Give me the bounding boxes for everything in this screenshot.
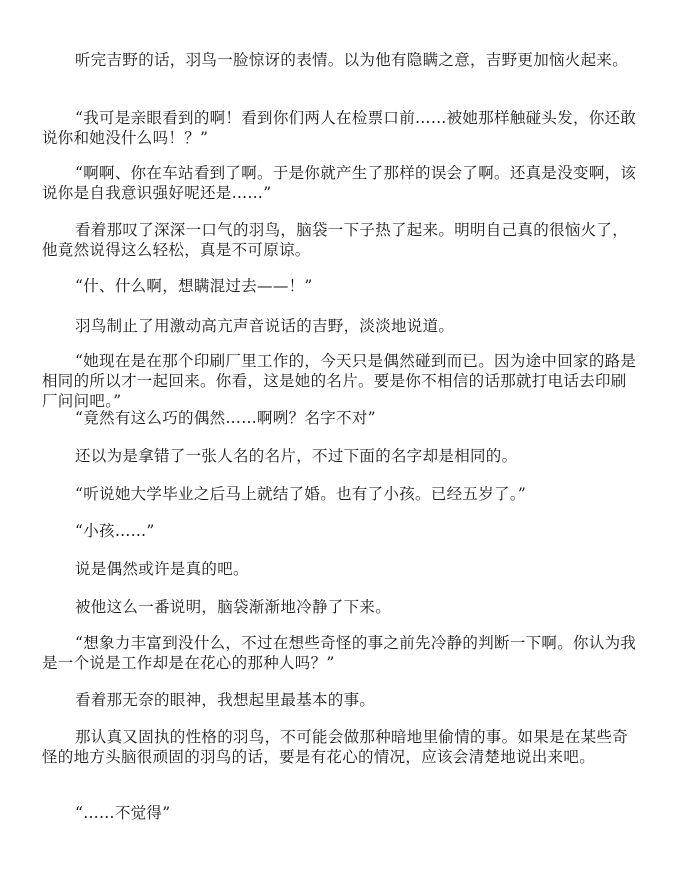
- paragraph: “……不觉得”: [42, 803, 640, 823]
- paragraph: 说是偶然或许是真的吧。: [42, 559, 640, 579]
- paragraph: “我可是亲眼看到的啊！看到你们两人在检票口前……被她那样触碰头发，你还敢说你和她…: [42, 108, 640, 148]
- paragraph: 看着那无奈的眼神，我想起里最基本的事。: [42, 690, 640, 710]
- paragraph: “听说她大学毕业之后马上就结了婚。也有了小孩。已经五岁了。”: [42, 484, 640, 504]
- paragraph: 看着那叹了深深一口气的羽鸟，脑袋一下子热了起来。明明自己真的很恼火了，他竟然说得…: [42, 220, 640, 260]
- paragraph: 那认真又固执的性格的羽鸟，不可能会做那种暗地里偷情的事。如果是在某些奇怪的地方头…: [42, 727, 640, 767]
- paragraph: 被他这么一番说明，脑袋渐渐地冷静了下来。: [42, 597, 640, 617]
- paragraph: 羽鸟制止了用激动高亢声音说话的吉野，淡淡地说道。: [42, 316, 640, 336]
- paragraph: “什、什么啊，想瞒混过去——！”: [42, 276, 640, 296]
- paragraph: “小孩……”: [42, 521, 640, 541]
- paragraph: 听完吉野的话，羽鸟一脸惊讶的表情。以为他有隐瞒之意，吉野更加恼火起来。: [42, 50, 640, 70]
- paragraph: “她现在是在那个印刷厂里工作的，今天只是偶然碰到而已。因为途中回家的路是相同的所…: [42, 351, 640, 411]
- paragraph: “想象力丰富到没什么，不过在想些奇怪的事之前先冷静的判断一下啊。你认为我是一个说…: [42, 633, 640, 673]
- document-page: 听完吉野的话，羽鸟一脸惊讶的表情。以为他有隐瞒之意，吉野更加恼火起来。 “我可是…: [0, 0, 680, 880]
- paragraph: 还以为是拿错了一张人名的名片，不过下面的名字却是相同的。: [42, 446, 640, 466]
- paragraph: “竟然有这么巧的偶然……啊咧？名字不对”: [42, 408, 640, 428]
- paragraph: “啊啊、你在车站看到了啊。于是你就产生了那样的误会了啊。还真是没变啊，该说你是自…: [42, 163, 640, 203]
